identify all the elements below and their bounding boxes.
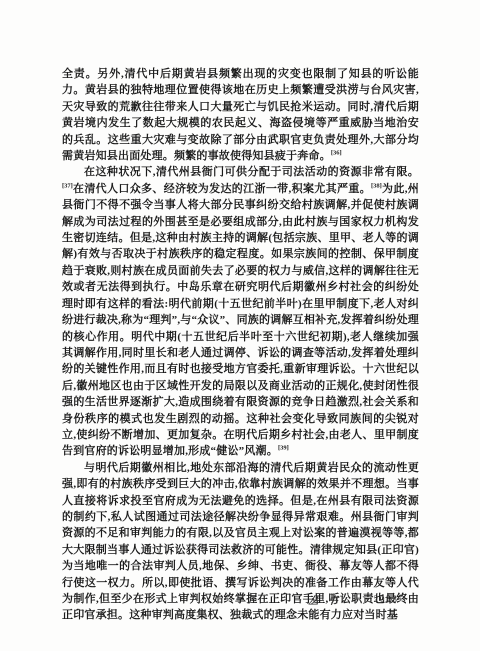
paragraph-2: 在这种状况下,清代州县衙门可供分配于司法活动的资源非常有限。[37]在清代人口众… [62,164,419,459]
paragraph-2-text-1: 在这种状况下,清代州县衙门可供分配于司法活动的资源非常有限。 [84,166,419,178]
footnote-ref-37: [37] [62,182,73,189]
text-block: 全责。另外,清代中后期黄岩县频繁出现的灾变也限制了知县的听讼能力。黄岩县的独特地… [62,66,419,624]
paragraph-1: 全责。另外,清代中后期黄岩县频繁出现的灾变也限制了知县的听讼能力。黄岩县的独特地… [62,66,419,164]
footnote-ref-36: [36] [331,149,342,156]
paragraph-2-text-3: 为此,州县衙门不得不强令当事人将大部分民事纠纷交给村族调解,并促使村族调解成为司… [62,183,419,458]
footnote-ref-38: [38] [371,182,382,189]
footnote-ref-39: [39] [278,445,289,452]
journal-mark: 丛书 [308,592,349,607]
page-footer: 丛书 · 2033 · [62,592,419,607]
document-page: 全责。另外,清代中后期黄岩县频繁出现的灾变也限制了知县的听讼能力。黄岩县的独特地… [0,0,480,651]
paragraph-2-text-2: 在清代人口众多、经济较为发达的江浙一带,积案尤其严重。 [73,183,371,195]
page-number: · 2033 · [365,595,407,605]
paragraph-1-text: 全责。另外,清代中后期黄岩县频繁出现的灾变也限制了知县的听讼能力。黄岩县的独特地… [62,68,419,162]
